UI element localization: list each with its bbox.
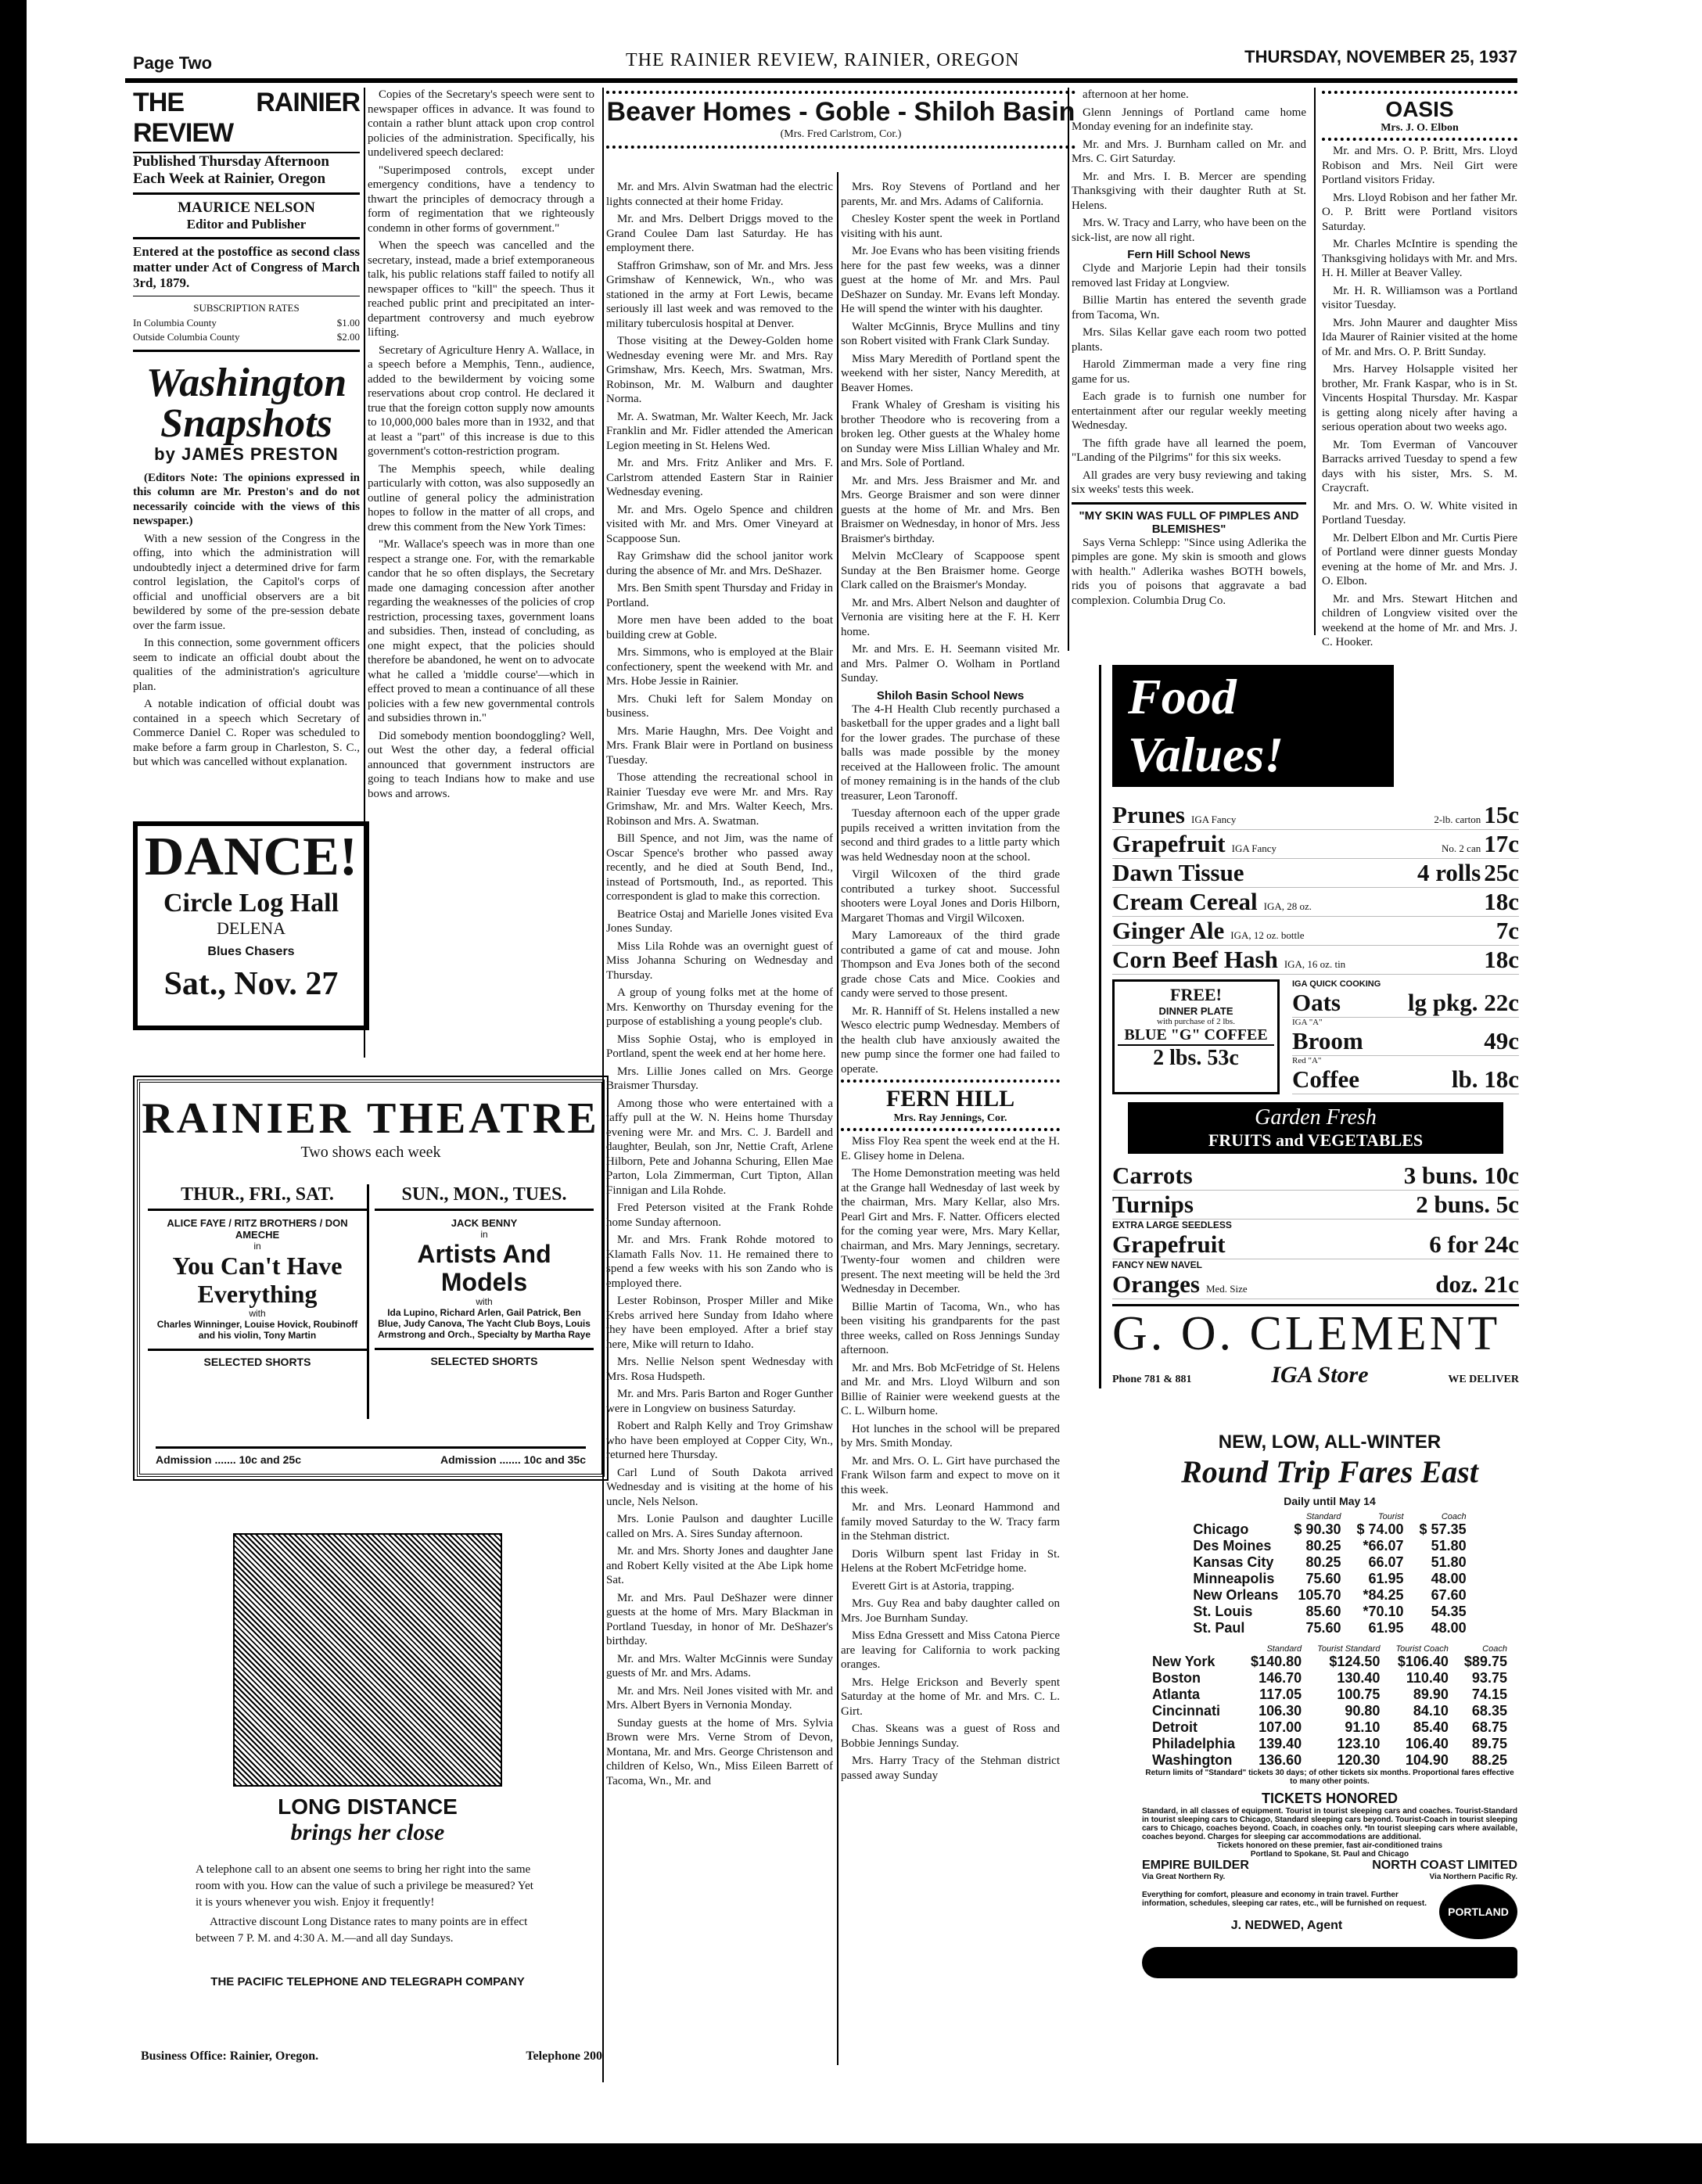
fare-row: New York$140.80$124.50$106.40$89.75: [1144, 1654, 1515, 1670]
school-news-heading: Shiloh Basin School News: [841, 689, 1060, 702]
dance-ad: DANCE! Circle Log Hall DELENA Blues Chas…: [133, 821, 369, 1030]
grocery-item: Oatslg pkg. 22c: [1292, 989, 1519, 1018]
washington-snapshots-logo: Washington Snapshots by JAMES PRESTON: [133, 363, 360, 465]
fare-row: St. Paul75.6061.9548.00: [1185, 1620, 1474, 1636]
dance-date: Sat., Nov. 27: [138, 965, 364, 1003]
agent-name: J. NEDWED, Agent: [1142, 1919, 1431, 1933]
fare-row: Kansas City80.2566.0751.80: [1185, 1554, 1474, 1571]
editors-note: (Editors Note: The opinions expressed in…: [133, 471, 360, 529]
fare-row: Boston146.70130.40110.4093.75: [1144, 1670, 1515, 1686]
store-phone: Phone 781 & 881: [1112, 1374, 1192, 1386]
phone-headline: LONG DISTANCE: [172, 1794, 563, 1819]
article-paragraph: With a new session of the Congress in th…: [133, 532, 360, 634]
staff-box-title: THE RAINIER REVIEW: [133, 88, 360, 153]
phone-tagline: brings her close: [172, 1819, 563, 1846]
column-4: Mrs. Roy Stevens of Portland and her par…: [841, 180, 1060, 1786]
delivery-note: WE DELIVER: [1448, 1374, 1519, 1386]
scan-border-bottom: [0, 2143, 1702, 2184]
beaver-homes-headline: Beaver Homes - Goble - Shiloh Basin: [606, 97, 1075, 128]
woman-telephone-illustration: [233, 1533, 502, 1787]
tickets-heading: TICKETS HONORED: [1142, 1791, 1517, 1807]
fare-row: Washington136.60120.30104.9088.25: [1144, 1752, 1515, 1769]
article-paragraph: A notable indication of official doubt w…: [133, 697, 360, 770]
program-thur-sat: THUR., FRI., SAT. ALICE FAYE / RITZ BROT…: [148, 1184, 369, 1419]
grocery-ad: Food Values! PrunesIGA Fancy2-lb. carton…: [1099, 665, 1519, 1388]
article-paragraph: Secretary of Agriculture Henry A. Wallac…: [368, 343, 594, 459]
dance-band: Blues Chasers: [138, 945, 364, 959]
theatre-title: RAINIER THEATRE: [140, 1094, 601, 1144]
editor-role: Editor and Publisher: [133, 217, 360, 232]
fares-validity: Daily until May 14: [1142, 1495, 1517, 1507]
theatre-subtitle: Two shows each week: [140, 1144, 601, 1162]
grocery-item: Ginger AleIGA, 12 oz. bottle7c: [1112, 917, 1519, 946]
rate-row: Outside Columbia County$2.00: [133, 330, 360, 345]
beaver-homes-header: Beaver Homes - Goble - Shiloh Basin (Mrs…: [606, 88, 1075, 152]
grocery-item: Dawn Tissue4 rolls 25c: [1112, 859, 1519, 888]
train-north-coast-limited: NORTH COAST LIMITED: [1372, 1859, 1517, 1873]
film-title: You Can't Have Everything: [148, 1252, 367, 1308]
subscription-heading: SUBSCRIPTION RATES: [133, 301, 360, 316]
produce-item: Carrots3 buns. 10c: [1112, 1162, 1519, 1191]
grocery-item: Corn Beef HashIGA, 16 oz. tin18c: [1112, 946, 1519, 975]
column-3: Mr. and Mrs. Alvin Swatman had the elect…: [606, 180, 833, 1791]
column-6: OASIS Mrs. J. O. Elbon Mr. and Mrs. O. P…: [1322, 88, 1517, 653]
article-paragraph: Did somebody mention boondoggling? Well,…: [368, 729, 594, 802]
fare-row: Detroit107.0091.1085.4068.75: [1144, 1719, 1515, 1736]
dance-town: DELENA: [138, 918, 364, 939]
scan-border-left: [0, 0, 27, 2184]
article-paragraph: "Mr. Wallace's speech was in more than o…: [368, 537, 594, 726]
column-2: Copies of the Secretary's speech were se…: [368, 88, 594, 804]
phone-company: THE PACIFIC TELEPHONE AND TELEGRAPH COMP…: [172, 1975, 563, 1988]
rate-row: In Columbia County$1.00: [133, 316, 360, 331]
phone-body-rates: Attractive discount Long Distance rates …: [196, 1914, 540, 1947]
oasis-byline: Mrs. J. O. Elbon: [1322, 122, 1517, 135]
train-empire-builder: EMPIRE BUILDER: [1142, 1859, 1249, 1873]
fares-kicker: NEW, LOW, ALL-WINTER: [1142, 1431, 1517, 1453]
staff-box: THE RAINIER REVIEW Published Thursday Af…: [133, 88, 360, 352]
fare-row: Chicago$ 90.30$ 74.00$ 57.35: [1185, 1521, 1474, 1538]
admission-row: Admission ....... 10c and 25c Admission …: [156, 1446, 586, 1466]
oasis-heading: OASIS: [1322, 97, 1517, 122]
phone-body: A telephone call to an absent one seems …: [196, 1862, 540, 1911]
fare-row: Des Moines80.25*66.0751.80: [1185, 1538, 1474, 1554]
grocery-item: PrunesIGA Fancy2-lb. carton 15c: [1112, 801, 1519, 830]
column-5: afternoon at her home. Glenn Jennings of…: [1072, 88, 1306, 611]
grocery-item: Coffeelb. 18c: [1292, 1065, 1519, 1094]
issue-date: THURSDAY, NOVEMBER 25, 1937: [1244, 47, 1517, 67]
article-paragraph: Copies of the Secretary's speech were se…: [368, 88, 594, 160]
business-office-line: Business Office: Rainier, Oregon. Teleph…: [141, 2049, 602, 2064]
fares-footnote: Return limits of "Standard" tickets 30 d…: [1142, 1769, 1517, 1786]
rail-fares-ad: NEW, LOW, ALL-WINTER Round Trip Fares Ea…: [1142, 1431, 1517, 1978]
tickets-body: Standard, in all classes of equipment. T…: [1142, 1807, 1517, 1841]
produce-item: OrangesMed. Sizedoz. 21c: [1112, 1270, 1519, 1299]
store-name: G. O. CLEMENT: [1112, 1304, 1519, 1362]
fare-row: New Orleans105.70*84.2567.60: [1185, 1587, 1474, 1604]
article-paragraph: When the speech was cancelled and the se…: [368, 239, 594, 340]
coffee-promo-box: FREE! DINNER PLATE with purchase of 2 lb…: [1112, 979, 1280, 1094]
produce-banner: Garden Fresh FRUITS and VEGETABLES: [1128, 1102, 1503, 1154]
fern-hill-byline: Mrs. Ray Jennings, Cor.: [841, 1112, 1060, 1125]
fare-row: Philadelphia139.40123.10106.4089.75: [1144, 1736, 1515, 1752]
grocery-item: Broom49c: [1292, 1027, 1519, 1056]
fare-row: St. Louis85.60*70.1054.35: [1185, 1604, 1474, 1620]
film-title: Artists And Models: [375, 1240, 594, 1296]
fare-row: Cincinnati106.3090.8084.1068.35: [1144, 1703, 1515, 1719]
fare-row: Atlanta117.05100.7589.9074.15: [1144, 1686, 1515, 1703]
dance-venue: Circle Log Hall: [138, 889, 364, 918]
adlerika-headline: "MY SKIN WAS FULL OF PIMPLES AND BLEMISH…: [1072, 509, 1306, 536]
theatre-ad: RAINIER THEATRE Two shows each week THUR…: [137, 1079, 605, 1477]
byline: by JAMES PRESTON: [133, 444, 360, 465]
publication-info: Published Thursday Afternoon Each Week a…: [133, 153, 360, 188]
telephone-ad: LONG DISTANCE brings her close A telepho…: [172, 1533, 563, 1988]
grocery-item: GrapefruitIGA FancyNo. 2 can 17c: [1112, 830, 1519, 859]
page-label: Page Two: [133, 53, 212, 74]
school-news-heading: Fern Hill School News: [1072, 248, 1306, 261]
adlerika-body: Says Verna Schlepp: "Since using Adlerik…: [1072, 536, 1306, 609]
food-values-banner: Food Values!: [1112, 665, 1394, 787]
fares-headline: Round Trip Fares East: [1142, 1453, 1517, 1490]
produce-item: Grapefruit6 for 24c: [1112, 1230, 1519, 1259]
article-paragraph: "Superimposed controls, except under eme…: [368, 163, 594, 236]
paper-location: THE RAINIER REVIEW, RAINIER, OREGON: [626, 50, 1019, 71]
correspondent: (Mrs. Fred Carlstrom, Cor.): [606, 128, 1075, 142]
program-sun-tues: SUN., MON., TUES. JACK BENNY in Artists …: [375, 1184, 594, 1419]
editor-name: MAURICE NELSON: [133, 199, 360, 217]
fare-row: Minneapolis75.6061.9548.00: [1185, 1571, 1474, 1587]
store-type: IGA Store: [1271, 1362, 1368, 1388]
column-1: THE RAINIER REVIEW Published Thursday Af…: [133, 88, 360, 773]
grocery-item: Cream CerealIGA, 28 oz.18c: [1112, 888, 1519, 917]
dance-headline: DANCE!: [138, 826, 364, 889]
masthead: Page Two THE RAINIER REVIEW, RAINIER, OR…: [125, 47, 1517, 83]
fern-hill-heading: FERN HILL: [841, 1086, 1060, 1112]
article-paragraph: In this connection, some government offi…: [133, 636, 360, 694]
postal-notice: Entered at the postoffice as second clas…: [133, 244, 360, 291]
produce-item: Turnips2 buns. 5c: [1112, 1191, 1519, 1220]
fares-table-east: StandardTourist StandardTourist CoachCoa…: [1144, 1644, 1515, 1769]
railway-logo-icon: PORTLAND: [1439, 1884, 1517, 1939]
article-paragraph: The Memphis speech, while dealing partic…: [368, 462, 594, 535]
train-illustration: [1142, 1947, 1517, 1978]
fares-table-midwest: StandardTouristCoachChicago$ 90.30$ 74.0…: [1185, 1512, 1474, 1636]
